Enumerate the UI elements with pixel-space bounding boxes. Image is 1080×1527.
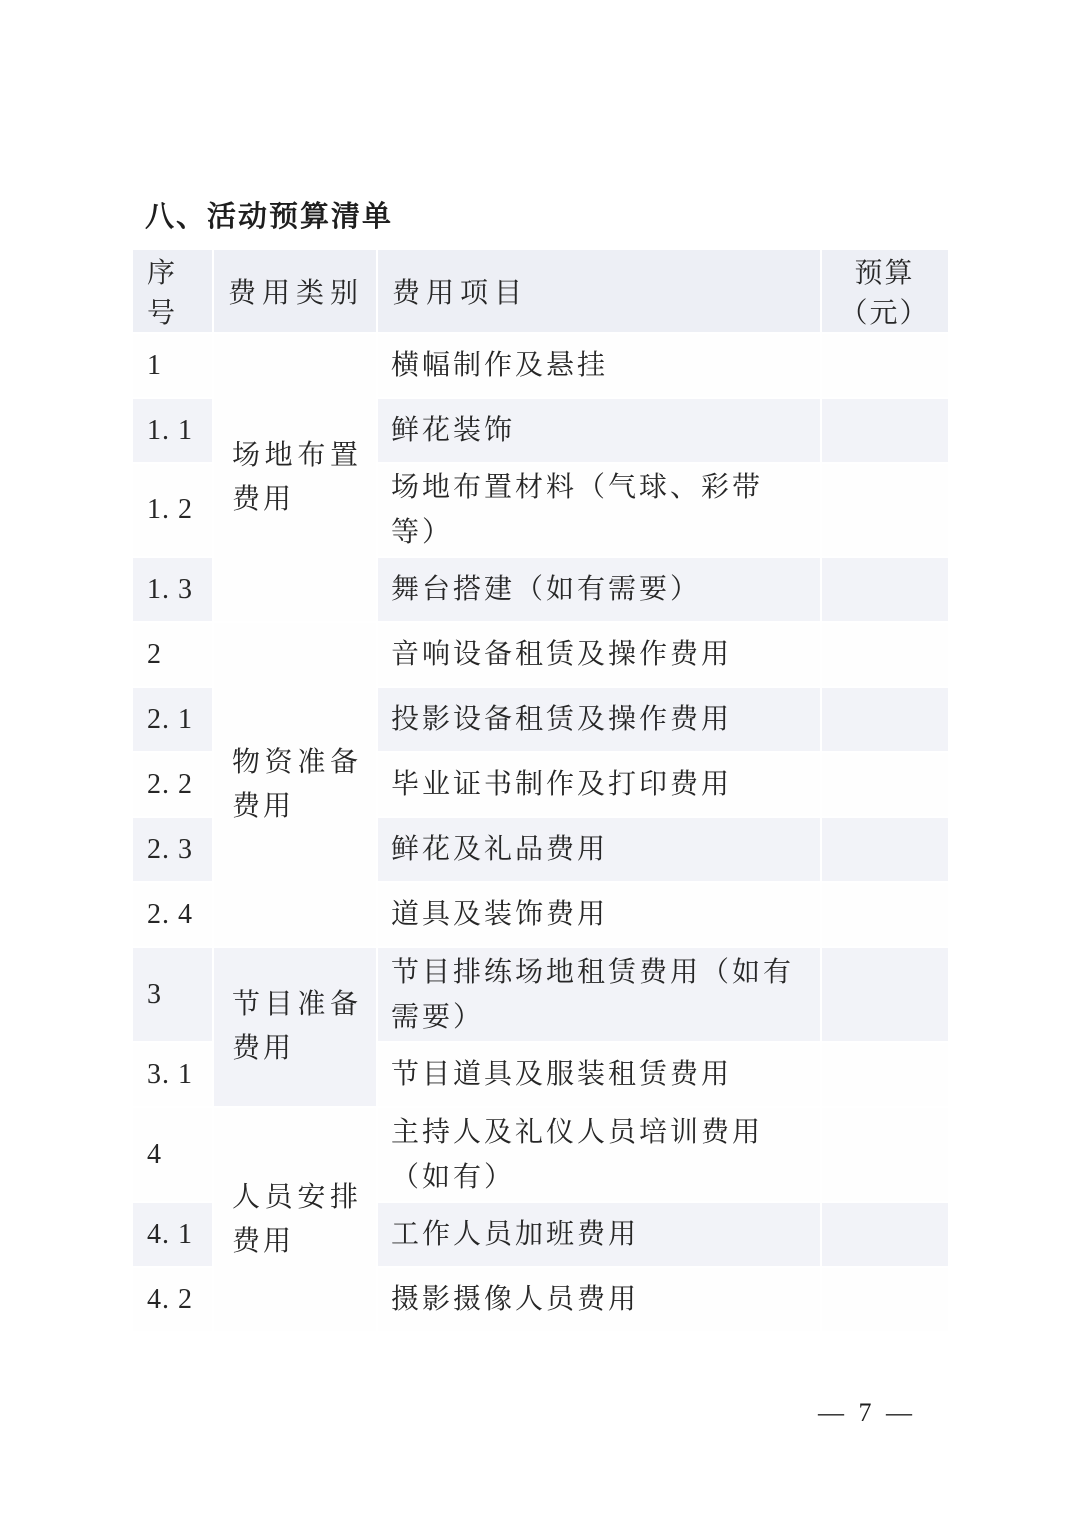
page-title: 八、活动预算清单 <box>145 194 393 235</box>
seq-cell: 2. 3 <box>132 817 213 882</box>
column-header-2: 费用项目 <box>377 249 821 333</box>
category-cell: 节目准备费用 <box>213 947 377 1107</box>
item-cell: 场地布置材料（气球、彩带等） <box>377 463 821 557</box>
item-cell: 毕业证书制作及打印费用 <box>377 752 821 817</box>
header-row: 序号费用类别费用项目预算（元） <box>132 249 949 333</box>
seq-cell: 1 <box>132 333 213 398</box>
column-header-0: 序号 <box>132 249 213 333</box>
budget-cell <box>821 622 949 687</box>
budget-cell <box>821 463 949 557</box>
seq-cell: 3 <box>132 947 213 1042</box>
item-cell: 投影设备租赁及操作费用 <box>377 687 821 752</box>
budget-cell <box>821 1107 949 1202</box>
seq-cell: 1. 1 <box>132 398 213 463</box>
category-label-line2: 费用 <box>232 1027 376 1071</box>
budget-cell <box>821 687 949 752</box>
category-cell: 人员安排费用 <box>213 1107 377 1332</box>
budget-cell <box>821 752 949 817</box>
seq-cell: 4. 2 <box>132 1267 213 1332</box>
category-label-line1: 人员安排 <box>232 1176 358 1220</box>
budget-cell <box>821 1202 949 1267</box>
seq-cell: 1. 2 <box>132 463 213 557</box>
category-cell: 场地布置费用 <box>213 333 377 622</box>
category-label-line1: 场地布置 <box>232 434 358 478</box>
document-page: 八、活动预算清单 序号费用类别费用项目预算（元） 1场地布置费用横幅制作及悬挂1… <box>0 0 1080 1527</box>
seq-cell: 4. 1 <box>132 1202 213 1267</box>
seq-cell: 2. 2 <box>132 752 213 817</box>
category-label-line2: 费用 <box>232 785 376 829</box>
budget-table: 序号费用类别费用项目预算（元） 1场地布置费用横幅制作及悬挂1. 1鲜花装饰1.… <box>131 248 950 1333</box>
item-cell: 主持人及礼仪人员培训费用（如有） <box>377 1107 821 1202</box>
item-cell: 节目道具及服装租赁费用 <box>377 1042 821 1107</box>
item-cell: 摄影摄像人员费用 <box>377 1267 821 1332</box>
item-cell: 鲜花装饰 <box>377 398 821 463</box>
budget-cell <box>821 1042 949 1107</box>
category-label-line1: 节目准备 <box>232 983 358 1027</box>
budget-cell <box>821 557 949 622</box>
item-cell: 工作人员加班费用 <box>377 1202 821 1267</box>
seq-cell: 2 <box>132 622 213 687</box>
item-cell: 横幅制作及悬挂 <box>377 333 821 398</box>
category-label-line1: 物资准备 <box>232 741 358 785</box>
seq-cell: 4 <box>132 1107 213 1202</box>
seq-cell: 2. 1 <box>132 687 213 752</box>
seq-cell: 1. 3 <box>132 557 213 622</box>
category-cell: 物资准备费用 <box>213 622 377 947</box>
table-row: 2物资准备费用音响设备租赁及操作费用 <box>132 622 949 687</box>
column-header-3: 预算（元） <box>821 249 949 333</box>
budget-cell <box>821 817 949 882</box>
seq-cell: 3. 1 <box>132 1042 213 1107</box>
item-cell: 舞台搭建（如有需要） <box>377 557 821 622</box>
budget-table-body: 1场地布置费用横幅制作及悬挂1. 1鲜花装饰1. 2场地布置材料（气球、彩带等）… <box>132 333 949 1332</box>
table-row: 4人员安排费用主持人及礼仪人员培训费用（如有） <box>132 1107 949 1202</box>
item-cell: 音响设备租赁及操作费用 <box>377 622 821 687</box>
seq-cell: 2. 4 <box>132 882 213 947</box>
category-label-line2: 费用 <box>232 1220 376 1264</box>
budget-cell <box>821 882 949 947</box>
item-cell: 道具及装饰费用 <box>377 882 821 947</box>
item-cell: 节目排练场地租赁费用（如有需要） <box>377 947 821 1042</box>
budget-cell <box>821 1267 949 1332</box>
table-row: 1场地布置费用横幅制作及悬挂 <box>132 333 949 398</box>
column-header-1: 费用类别 <box>213 249 377 333</box>
budget-cell <box>821 333 949 398</box>
budget-cell <box>821 398 949 463</box>
page-number: — 7 — <box>818 1398 916 1428</box>
budget-cell <box>821 947 949 1042</box>
budget-table-header: 序号费用类别费用项目预算（元） <box>132 249 949 333</box>
item-cell: 鲜花及礼品费用 <box>377 817 821 882</box>
category-label-line2: 费用 <box>232 478 376 522</box>
table-row: 3节目准备费用节目排练场地租赁费用（如有需要） <box>132 947 949 1042</box>
